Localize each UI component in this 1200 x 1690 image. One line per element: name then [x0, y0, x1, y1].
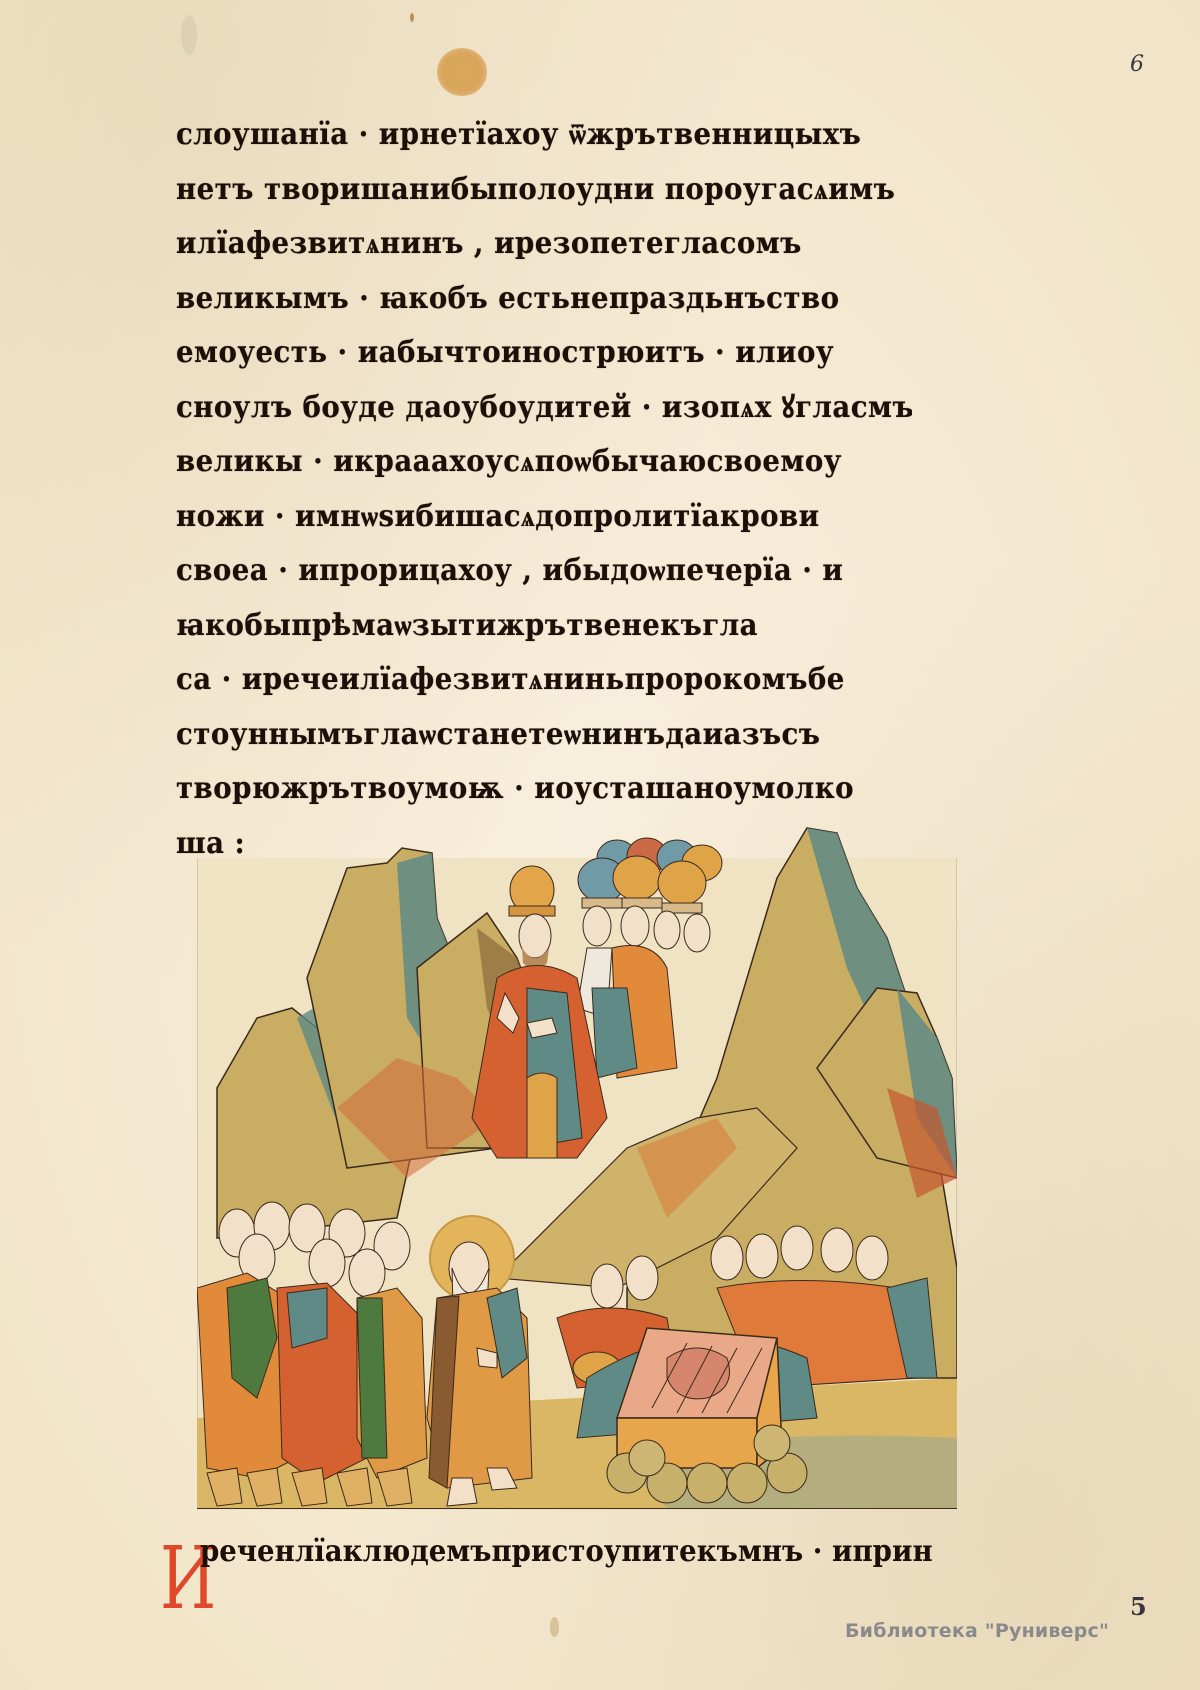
text-line: ꙗкобыпрѣмаѡзытижрътвенекъгла [176, 599, 912, 654]
text-line: стоуннымъглаѡстанетеѡнинъдаиазъсъ [176, 708, 912, 763]
crowd-left [197, 1202, 427, 1506]
text-line: великымъ · ꙗкобъ естьнепраздьнъство [176, 272, 912, 327]
folio-number-top: 6 [1130, 52, 1144, 77]
text-line: реченлїаклюдемъпристоупитекъмнъ · иприн [200, 1534, 933, 1569]
paper-stain [181, 15, 197, 55]
wax-stain [437, 48, 487, 96]
text-line: нетъ творишанибыполоудни пороугасѧимъ [176, 163, 912, 218]
text-line: са · иречеилїафезвитѧниньпророкомъбе [176, 653, 912, 708]
manuscript-text-block: слоушанїа · ирнетїахоу ѿжрътвенницыхъ не… [176, 108, 976, 871]
paper-stain [410, 13, 414, 22]
text-line: сноулъ боуде даоубоудитей · изопѧх ꙋглас… [176, 381, 912, 436]
text-line: емоуесть · иабычтоинострюитъ · илиоу [176, 326, 912, 381]
text-line: своеа · ипрорицахоу , ибыдоѡпечерїа · и [176, 544, 912, 599]
library-watermark: Библиотека "Руниверс" [845, 1620, 1109, 1642]
rubric-line: И реченлїаклюдемъпристоупитекъмнъ · ипри… [160, 1528, 980, 1628]
text-line: великы · икрааахоусѧпоѡбычаюсвоемоу [176, 435, 912, 490]
text-line: творюжрътвоумоѭ · иоусташаноумолко [176, 762, 912, 817]
miniature-illustration [197, 818, 957, 1510]
manuscript-page: 6 слоушанїа · ирнетїахоу ѿжрътвенницыхъ … [0, 0, 1200, 1690]
text-line: ножи · имнѡѕибишасѧдопролитїакрови [176, 490, 912, 545]
text-line: илїафезвитѧнинъ , ирезопетегласомъ [176, 217, 912, 272]
folio-number-bottom: 5 [1130, 1592, 1147, 1621]
text-line: слоушанїа · ирнетїахоу ѿжрътвенницыхъ [176, 108, 912, 163]
